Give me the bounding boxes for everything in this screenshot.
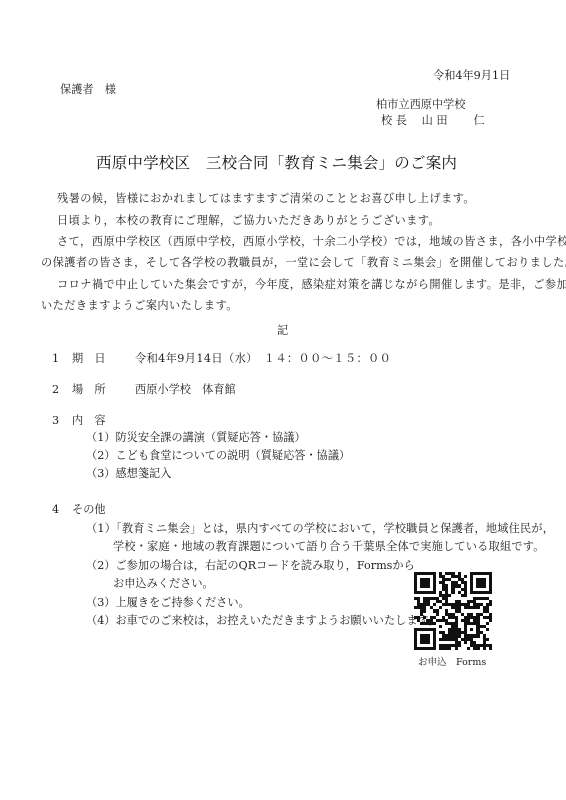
intro-line: の保護者の皆さま，そして各学校の教職員が，一堂に会して「教育ミニ集会」を開催して…: [41, 257, 566, 268]
section-value-place: 西原小学校 体育館: [135, 384, 236, 395]
sender-principal: 校 長 山 田 仁: [381, 115, 485, 126]
content-item: （2）こども食堂についての説明（質疑応答・協議）: [86, 450, 350, 461]
other-item-continued: お申込みください。: [113, 578, 214, 589]
intro-line: さて，西原中学校区（西原中学校，西原小学校，十余二小学校）では，地域の皆さま，各…: [57, 236, 566, 247]
content-item: （3）感想箋記入: [86, 468, 171, 479]
sender-school: 柏市立西原中学校: [376, 99, 466, 110]
section-number: 1: [52, 353, 59, 364]
other-item: （4）お車でのご来校は，お控えいただきますようお願いいたします。: [86, 615, 439, 626]
intro-line: いただきますようご案内いたします。: [41, 300, 238, 311]
section-number: 4: [52, 504, 59, 515]
section-number: 3: [52, 415, 59, 426]
document-date: 令和4年9月1日: [433, 70, 510, 81]
section-label-date: 期 日: [72, 353, 106, 364]
ki-marker: 記: [277, 325, 288, 336]
section-number: 2: [52, 384, 59, 395]
other-item: （1）「教育ミニ集会」とは，県内すべての学校において，学校職員と保護者，地域住民…: [86, 523, 554, 534]
page-title: 西原中学校区 三校合同「教育ミニ集会」のご案内: [96, 156, 457, 172]
other-item: （3）上履きをご持参ください。: [86, 597, 250, 608]
recipient: 保護者 様: [60, 84, 116, 95]
content-item: （1）防災安全課の講演（質疑応答・協議）: [86, 432, 306, 443]
intro-line: コロナ禍で中止していた集会ですが，今年度，感染症対策を講じながら開催します。是非…: [57, 279, 566, 290]
section-label-place: 場 所: [72, 384, 106, 395]
other-item-continued: 学校・家庭・地域の教育課題について語り合う千葉県全体で実施している取組です。: [113, 541, 545, 552]
intro-line: 残暑の候，皆様におかれましてはますますご清栄のこととお喜び申し上げます。: [57, 193, 475, 204]
other-item: （2）ご参加の場合は，右記のQRコードを読み取り，Formsから: [86, 560, 415, 571]
section-value-date: 令和4年9月14日（水） １４：００～１５：００: [135, 353, 391, 364]
intro-line: 日頃より，本校の教育にご理解，ご協力いただきありがとうございます。: [57, 215, 440, 226]
section-label-other: その他: [72, 504, 106, 515]
section-label-contents: 内 容: [72, 415, 106, 426]
qr-code-icon[interactable]: [414, 572, 492, 650]
qr-caption: お申込 Forms: [418, 658, 486, 668]
